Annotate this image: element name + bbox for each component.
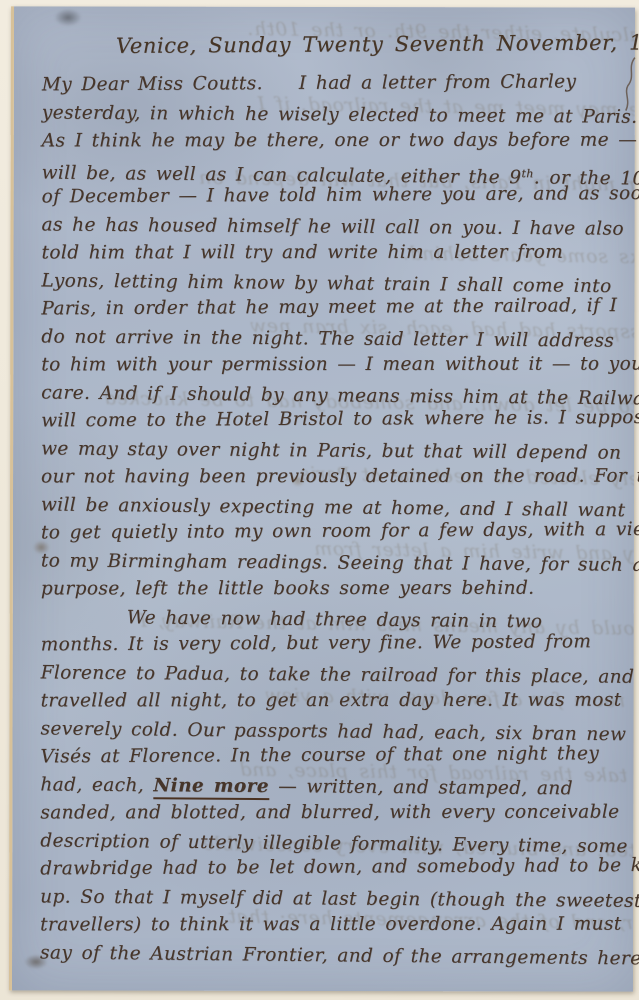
letter-line: travellers) to think it was a little ove… <box>40 911 621 940</box>
letter-paper: will be, as well as I can calculate, eit… <box>9 6 635 991</box>
letter-line: say of the Austrian Frontier, and of the… <box>40 939 621 973</box>
letter-body: Venice, Sunday Twenty Seventh November, … <box>40 34 623 968</box>
letter-line: of December — I have told him where you … <box>42 180 623 211</box>
letter-line: travelled all night, to get an extra day… <box>41 687 622 716</box>
letter-lines: My Dear Miss Coutts.I had a letter from … <box>40 71 623 968</box>
letter-line: purpose, left the little books some year… <box>41 575 622 604</box>
letter-line: My Dear Miss Coutts.I had a letter from … <box>42 68 623 99</box>
letter-line: As I think he may be there, one or two d… <box>42 127 623 156</box>
letter-dateline: Venice, Sunday Twenty Seventh November, … <box>42 31 623 59</box>
letter-line: to him with your permission — I mean wit… <box>41 351 622 380</box>
letter-line: will come to the Hotel Bristol to ask wh… <box>41 404 622 435</box>
letter-line: told him that I will try and write him a… <box>41 239 622 268</box>
letter-line: Visés at Florence. In the course of that… <box>40 740 621 771</box>
letter-line: months. It is very cold, but very fine. … <box>41 628 622 659</box>
letter-line: Paris, in order that he may meet me at t… <box>41 292 622 323</box>
letter-line: our not having been previously detained … <box>41 463 622 492</box>
letter-line: drawbridge had to be let down, and someb… <box>40 852 621 883</box>
photographed-manuscript: { "letter": { "dateline": "Venice, Sunda… <box>0 0 639 1000</box>
letter-line: to get quietly into my own room for a fe… <box>41 516 622 547</box>
ink-smudge <box>54 8 82 26</box>
letter-line: sanded, and blotted, and blurred, with e… <box>40 799 621 828</box>
